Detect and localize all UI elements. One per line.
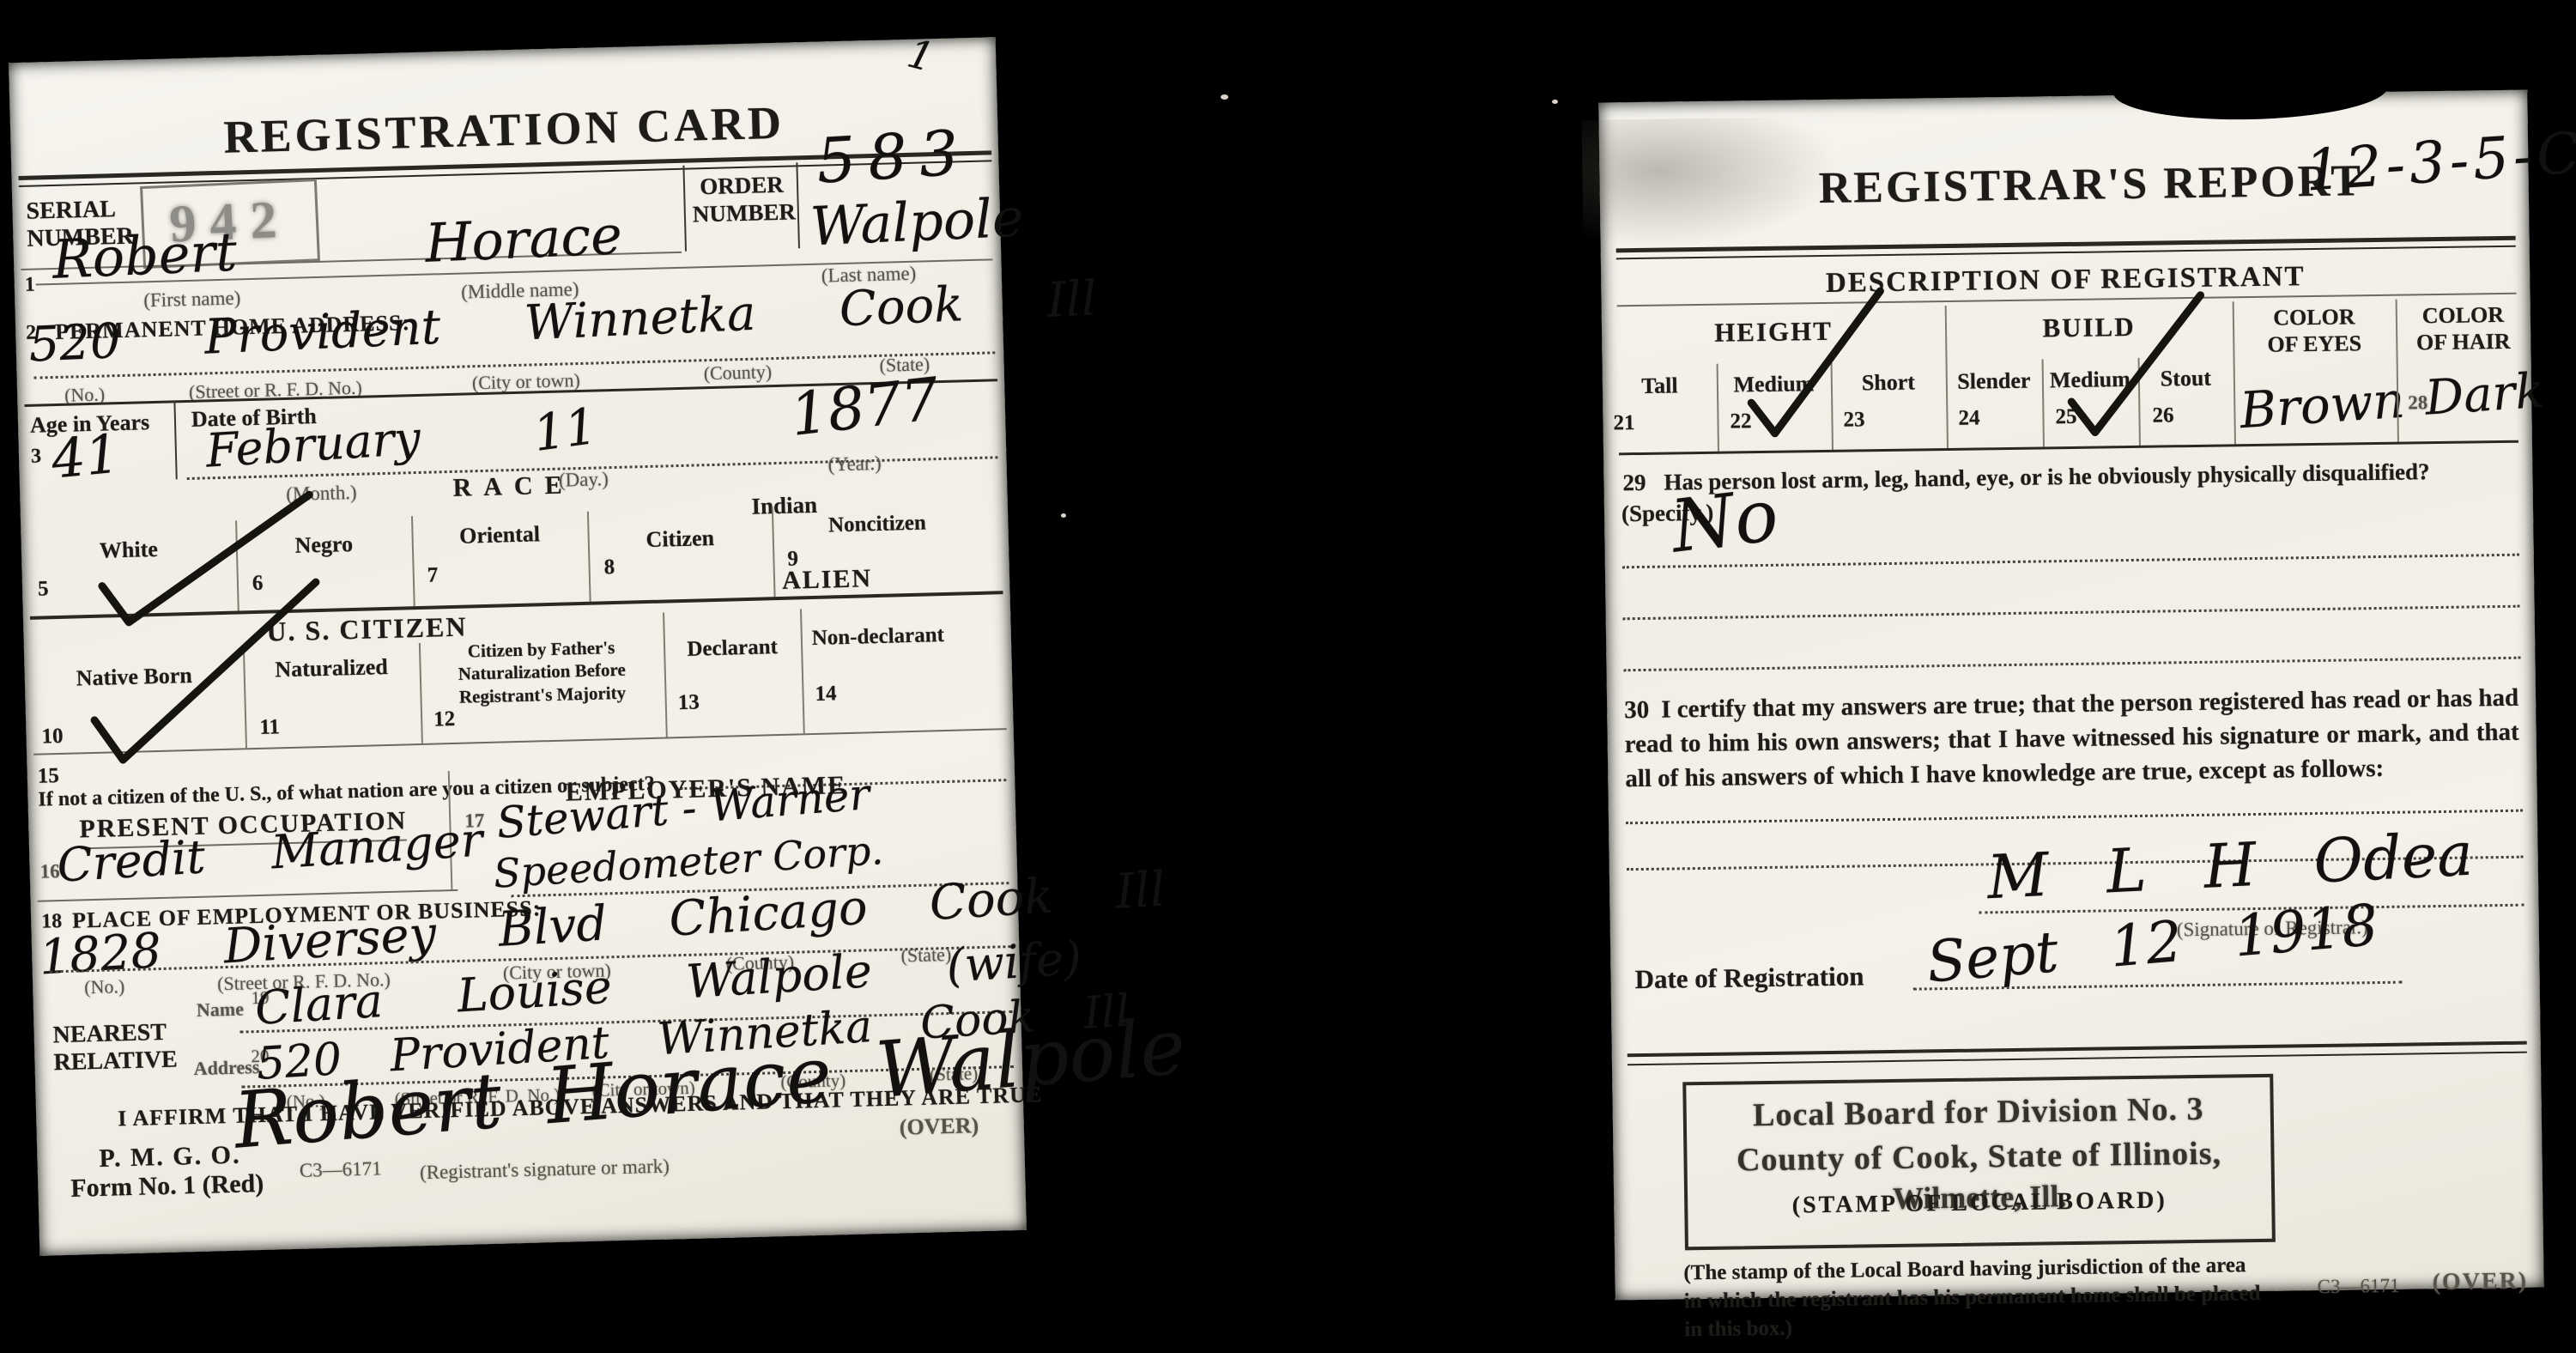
dust-speck (1061, 513, 1066, 518)
hair-value: Dark (2423, 363, 2546, 427)
race-option-indian-noncitizen: Noncitizen (772, 510, 983, 539)
registrant-signature-label: (Registrant's signature or mark) (420, 1156, 670, 1185)
build-no-24: 24 (1958, 406, 1979, 430)
local-board-stamp-box: Local Board for Division No. 3 County of… (1682, 1074, 2276, 1251)
alien-option-declarant: Declarant (664, 634, 802, 662)
dust-speck (1552, 100, 1558, 104)
question-29-answer: No (1667, 473, 1783, 569)
race-no-5: 5 (38, 577, 49, 601)
divider (173, 400, 177, 479)
stamp-line-2: County of Cook, State of Illinois, (1687, 1134, 2271, 1180)
build-option-slender: Slender (1946, 367, 2042, 395)
relative-name-label: Name (197, 998, 245, 1022)
race-no-7: 7 (427, 563, 438, 587)
race-option-oriental: Oriental (411, 520, 588, 550)
dust-speck (1221, 94, 1228, 100)
age-value: 41 (49, 422, 123, 490)
checkmark-build-medium (2054, 285, 2215, 451)
hair-header: COLOR OF HAIR (2396, 300, 2531, 356)
citizen-no-10: 10 (41, 725, 64, 749)
height-option-tall: Tall (1603, 373, 1717, 400)
stamp-caption: (The stamp of the Local Board having jur… (1683, 1251, 2268, 1344)
over-label: (OVER) (2432, 1268, 2528, 1297)
alien-option-non-declarant: Non-declarant (809, 622, 947, 652)
corner-pen-mark: 1 (903, 30, 939, 82)
citizen-option-by-father: Citizen by Father's Naturalization Befor… (423, 635, 661, 709)
pmgo-label: P. M. G. O. (99, 1141, 241, 1174)
race-no-8: 8 (603, 555, 615, 579)
report-code: 12-3-5-C (2303, 119, 2576, 203)
eyes-header-line1: COLOR (2273, 304, 2355, 330)
hair-header-line1: COLOR (2421, 302, 2504, 328)
hair-header-line2: OF HAIR (2416, 329, 2511, 355)
print-code: C3—6171 (2317, 1275, 2399, 1298)
registrar-signature: M L H Odea (1985, 819, 2475, 913)
nearest-relative-header: NEAREST (52, 1019, 167, 1049)
divider (663, 613, 668, 737)
field-number-3: 3 (31, 445, 42, 468)
field-number-15: 15 (37, 764, 59, 789)
field-number-1: 1 (24, 274, 35, 297)
address-county-label: (County) (703, 361, 772, 385)
stamp-line-1: Local Board for Division No. 3 (1687, 1089, 2271, 1135)
citizen-no-12: 12 (433, 707, 456, 732)
eyes-header-line2: OF EYES (2267, 331, 2361, 357)
dotted-line (1624, 657, 2521, 672)
eyes-value: Brown (2238, 371, 2406, 440)
field-number-29: 29 (1622, 470, 1646, 496)
divider (419, 643, 423, 743)
question-30-body: I certify that my answers are true; that… (1625, 684, 2519, 793)
dob-year-value: 1877 (787, 366, 943, 450)
dob-day-value: 11 (530, 397, 600, 463)
checkmark-native-born (74, 570, 336, 779)
question-30-text: 30I certify that my answers are true; th… (1624, 681, 2520, 797)
pmgo-form-label: Form No. 1 (Red) (70, 1169, 264, 1204)
serial-number-label: SERIAL (26, 196, 116, 226)
order-number-value: 583 (815, 116, 973, 197)
scan-smudge (1582, 117, 1841, 249)
registration-card: 1 REGISTRATION CARD SERIAL NUMBER 942 OR… (9, 37, 1027, 1256)
over-label: (OVER) (899, 1113, 979, 1140)
torn-edge (2113, 82, 2389, 121)
height-no-21: 21 (1613, 411, 1634, 435)
divider (800, 609, 805, 733)
race-option-indian-citizen: Citizen (587, 524, 773, 555)
date-of-registration-label: Date of Registration (1634, 961, 1864, 995)
citizen-no-14: 14 (815, 682, 837, 707)
report-title: REGISTRAR'S REPORT (1818, 155, 2363, 214)
print-code: C3—6171 (300, 1157, 382, 1182)
nearest-relative-header2: RELATIVE (53, 1047, 178, 1077)
field-number-30: 30 (1624, 696, 1649, 724)
field-number-17: 17 (464, 810, 485, 833)
dotted-line (1623, 605, 2520, 621)
citizen-no-13: 13 (677, 690, 700, 715)
divider (587, 512, 591, 602)
eyes-header: COLOR OF EYES (2233, 303, 2397, 359)
registrars-report-card: REGISTRAR'S REPORT 12-3-5-C DESCRIPTION … (1598, 90, 2543, 1301)
scanned-document-page: 1 REGISTRATION CARD SERIAL NUMBER 942 OR… (0, 0, 2576, 1353)
checkmark-height-medium (1734, 279, 1895, 453)
question-29-text: Has person lost arm, leg, hand, eye, or … (1664, 458, 2429, 495)
employment-no-label: (No.) (84, 975, 125, 998)
